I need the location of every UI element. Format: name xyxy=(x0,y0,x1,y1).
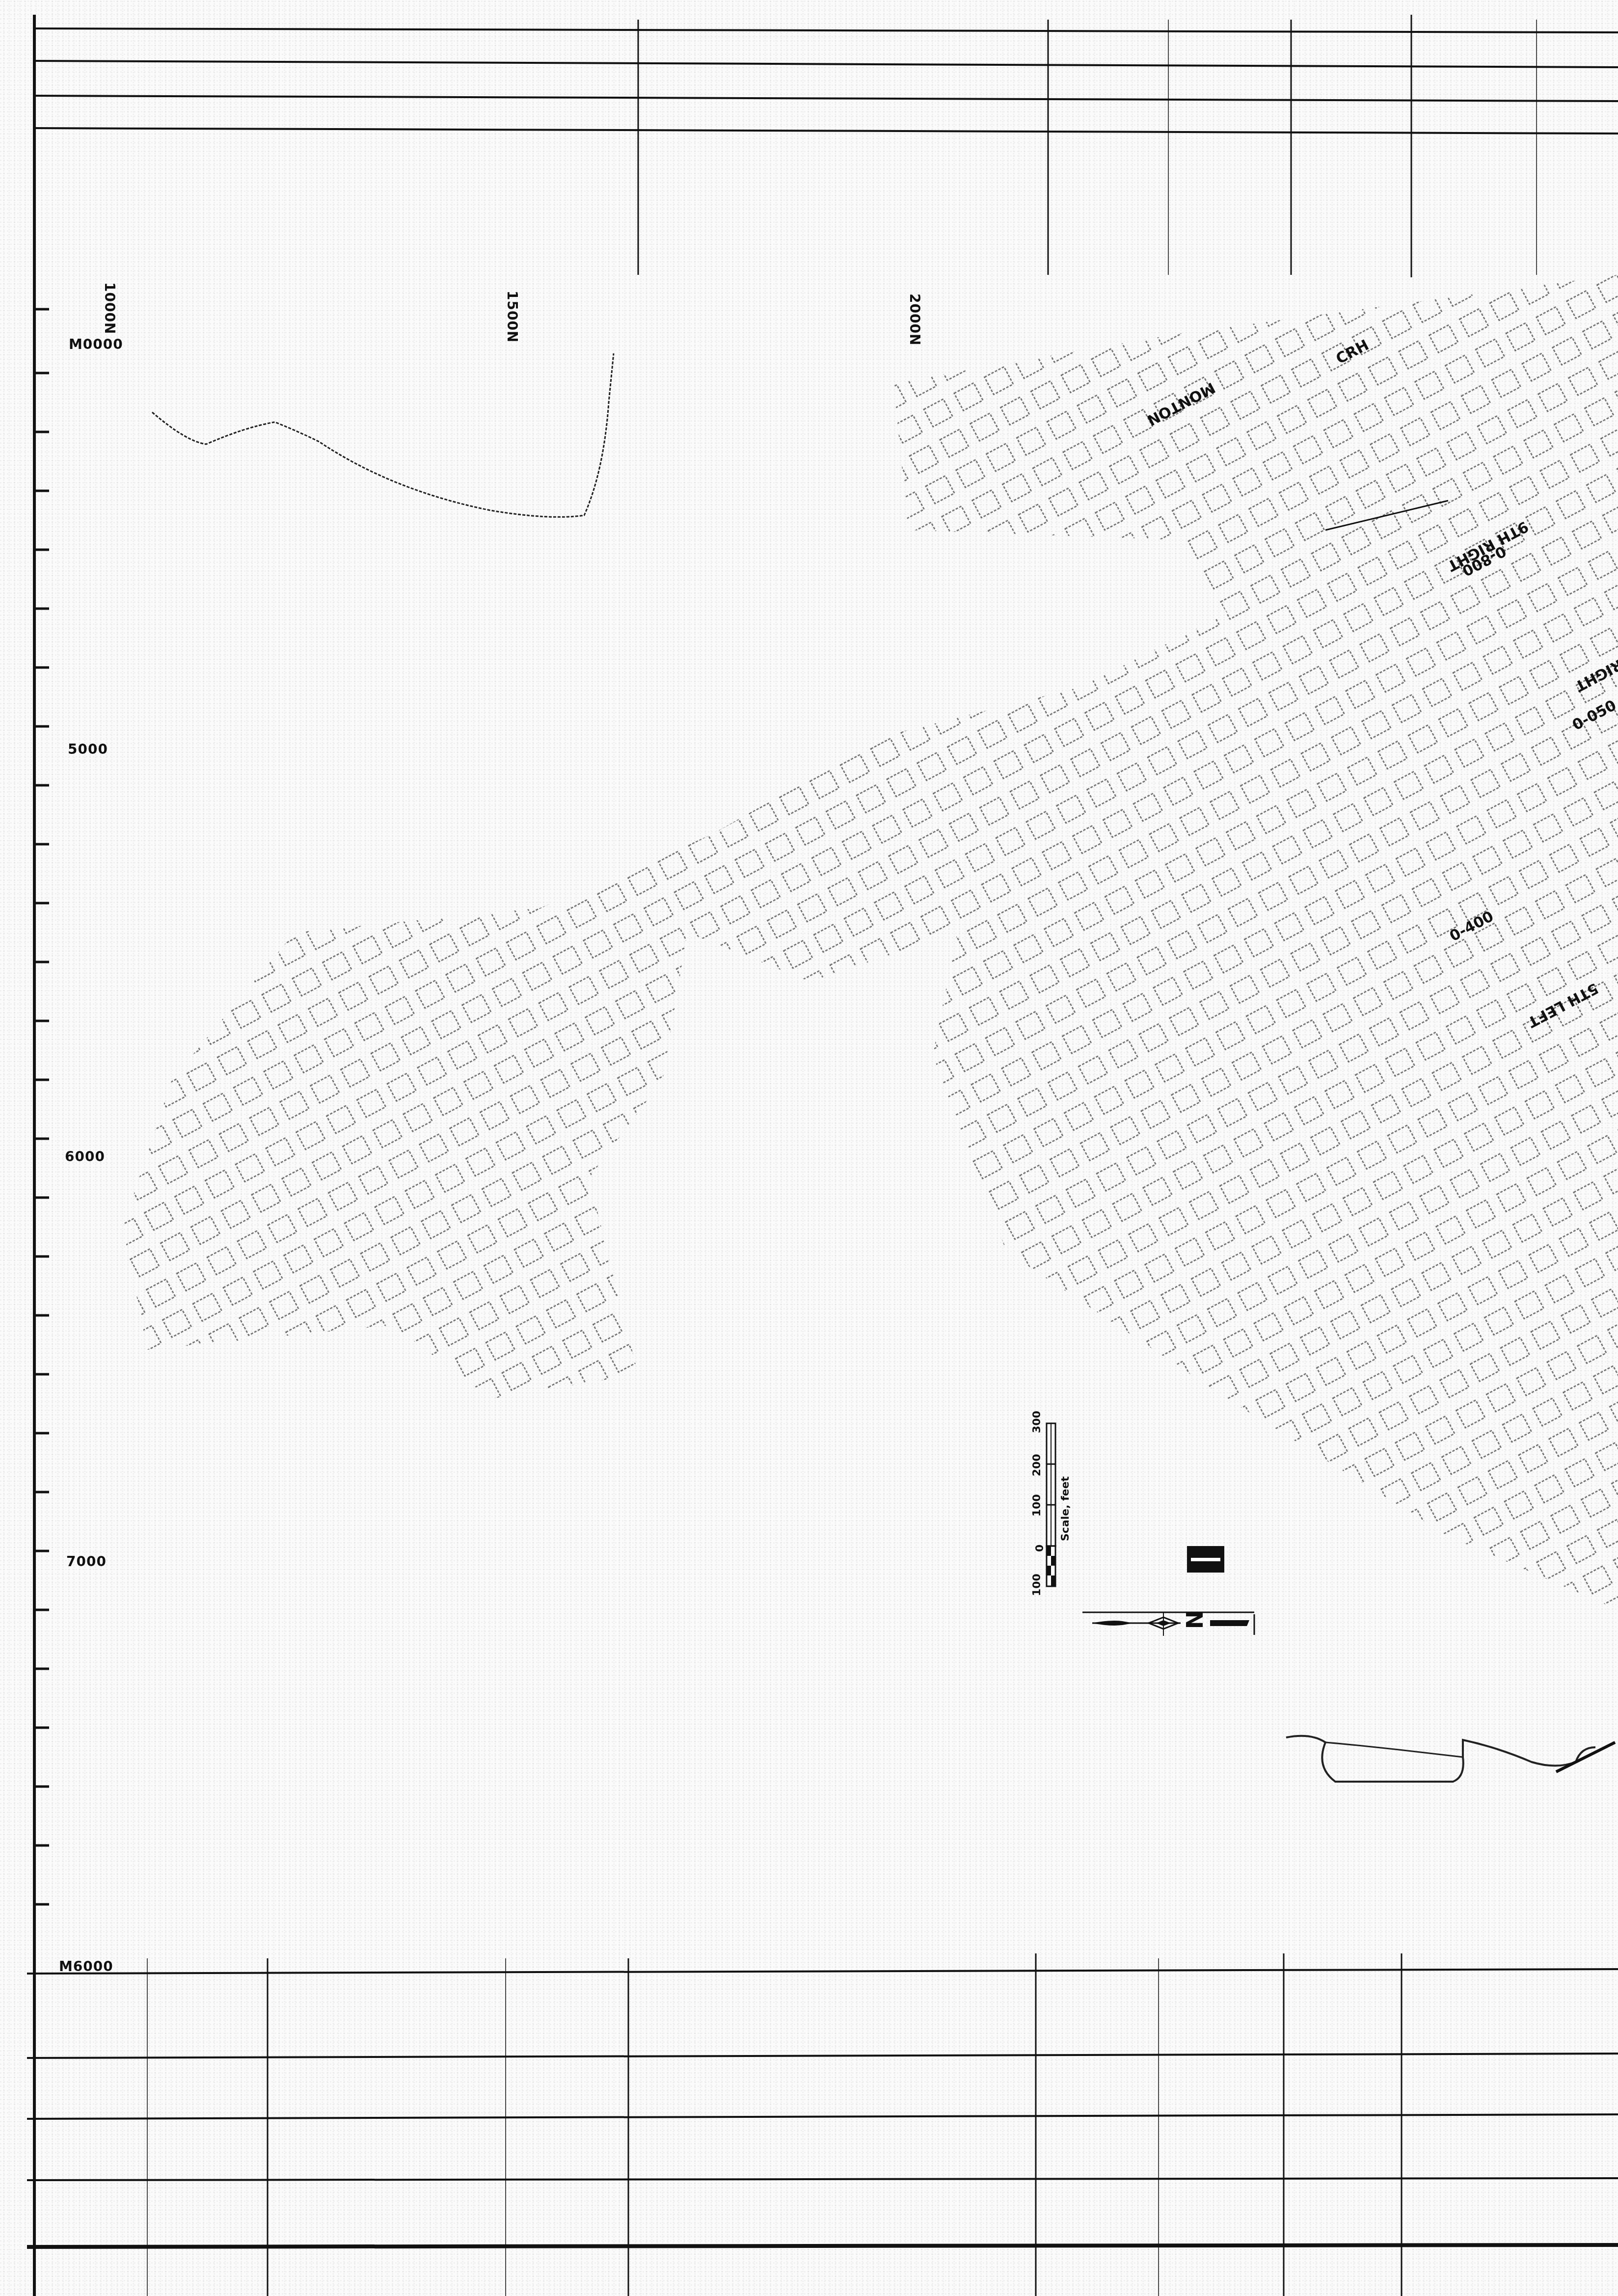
map-linework xyxy=(0,0,1618,2296)
scale-bar: 300 200 100 0 100 Scale, feet xyxy=(1031,1418,1075,1595)
scale-title: Scale, feet xyxy=(1059,1476,1072,1541)
bottom-grid xyxy=(27,1953,1618,2296)
scale-tick: 200 xyxy=(1031,1454,1043,1476)
north-label: N xyxy=(1182,1610,1208,1629)
grid-label-top: 1000N xyxy=(102,282,118,334)
grid-label-left: M6000 xyxy=(59,1958,113,1975)
track-line xyxy=(1556,1742,1615,1772)
legend-box-icon xyxy=(1187,1546,1224,1573)
settlement-blocks xyxy=(123,275,1618,1610)
grid-label-top: 2000N xyxy=(907,294,923,346)
grid-label-left: 6000 xyxy=(65,1148,105,1165)
road-loop-top xyxy=(1325,1742,1463,1757)
scale-tick: 0 xyxy=(1034,1545,1046,1552)
grid-label-left: M0000 xyxy=(69,336,123,352)
scale-tick: 100 xyxy=(1031,1494,1043,1517)
grid-label-left: 7000 xyxy=(66,1553,107,1570)
map-sheet: 1000N 1500N 2000N M0000 5000 6000 7000 M… xyxy=(0,0,1618,2296)
north-arrow-icon: N xyxy=(1078,1602,1259,1637)
grid-label-left: 5000 xyxy=(68,741,108,757)
left-axis-ticks xyxy=(34,309,49,1904)
grid-label-top: 1500N xyxy=(504,291,520,343)
road-upper-left xyxy=(152,353,614,517)
scale-tick: 100 xyxy=(1031,1574,1043,1596)
scale-tick: 300 xyxy=(1031,1411,1043,1433)
